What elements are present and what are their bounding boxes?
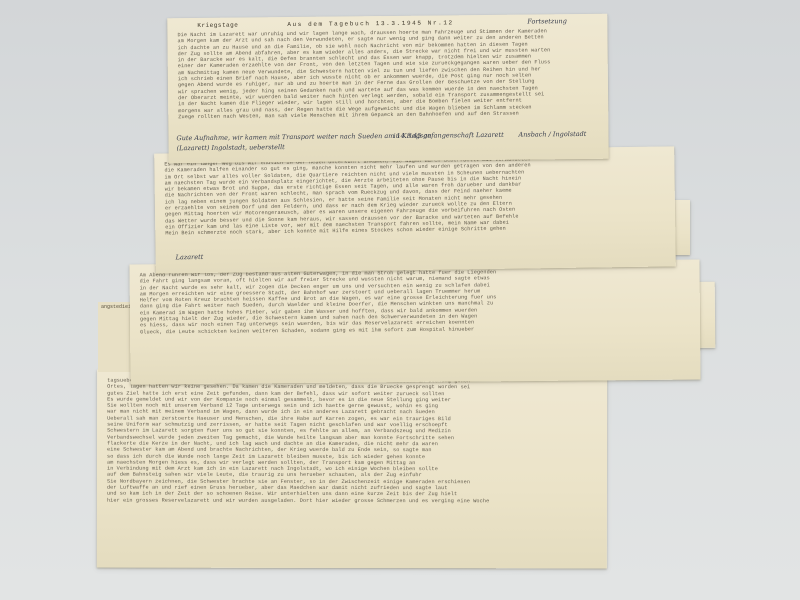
page-title: Aus dem Tagebuch 13.3.1945 Nr.12	[287, 19, 453, 28]
page-2-text: Es war ein langer Weg bis wir endlich in…	[164, 154, 667, 237]
header-right-note: Fortsetzung	[527, 17, 567, 25]
page-3-text: Am Abend fuhren wir los, der Zug bestand…	[140, 268, 693, 336]
letter-page-2: Es war ein langer Weg bis wir endlich in…	[154, 146, 676, 273]
handwritten-note-4: Ansbach / Ingolstadt	[518, 130, 586, 139]
header-left: Kriegstage	[197, 22, 238, 29]
typed-line: ang	[101, 304, 110, 310]
handwritten-note-2: in Kriegsgefangenschaft Lazarett	[393, 131, 503, 140]
page-4-text: tagsueber sahen wir viele Fahrzeuge auf …	[107, 378, 599, 505]
letter-page-4: tagsueber sahen wir viele Fahrzeuge auf …	[97, 370, 607, 569]
typed-line: hier ein grosses Reservelazarett und wir…	[107, 497, 599, 504]
handwritten-note-3: (Lazarett) Ingolstadt, ueberstellt	[177, 143, 285, 152]
typed-line: ste	[110, 304, 119, 310]
handwritten-note: Lazarett	[176, 253, 204, 261]
page-1-text: Die Nacht im Lazarett war unruhig und wi…	[177, 28, 600, 121]
letter-page-3: Am Abend fuhren wir los, der Zug bestand…	[129, 260, 700, 385]
letter-page-1: Kriegstage Aus dem Tagebuch 13.3.1945 Nr…	[167, 14, 608, 164]
typed-line: die	[119, 304, 128, 310]
